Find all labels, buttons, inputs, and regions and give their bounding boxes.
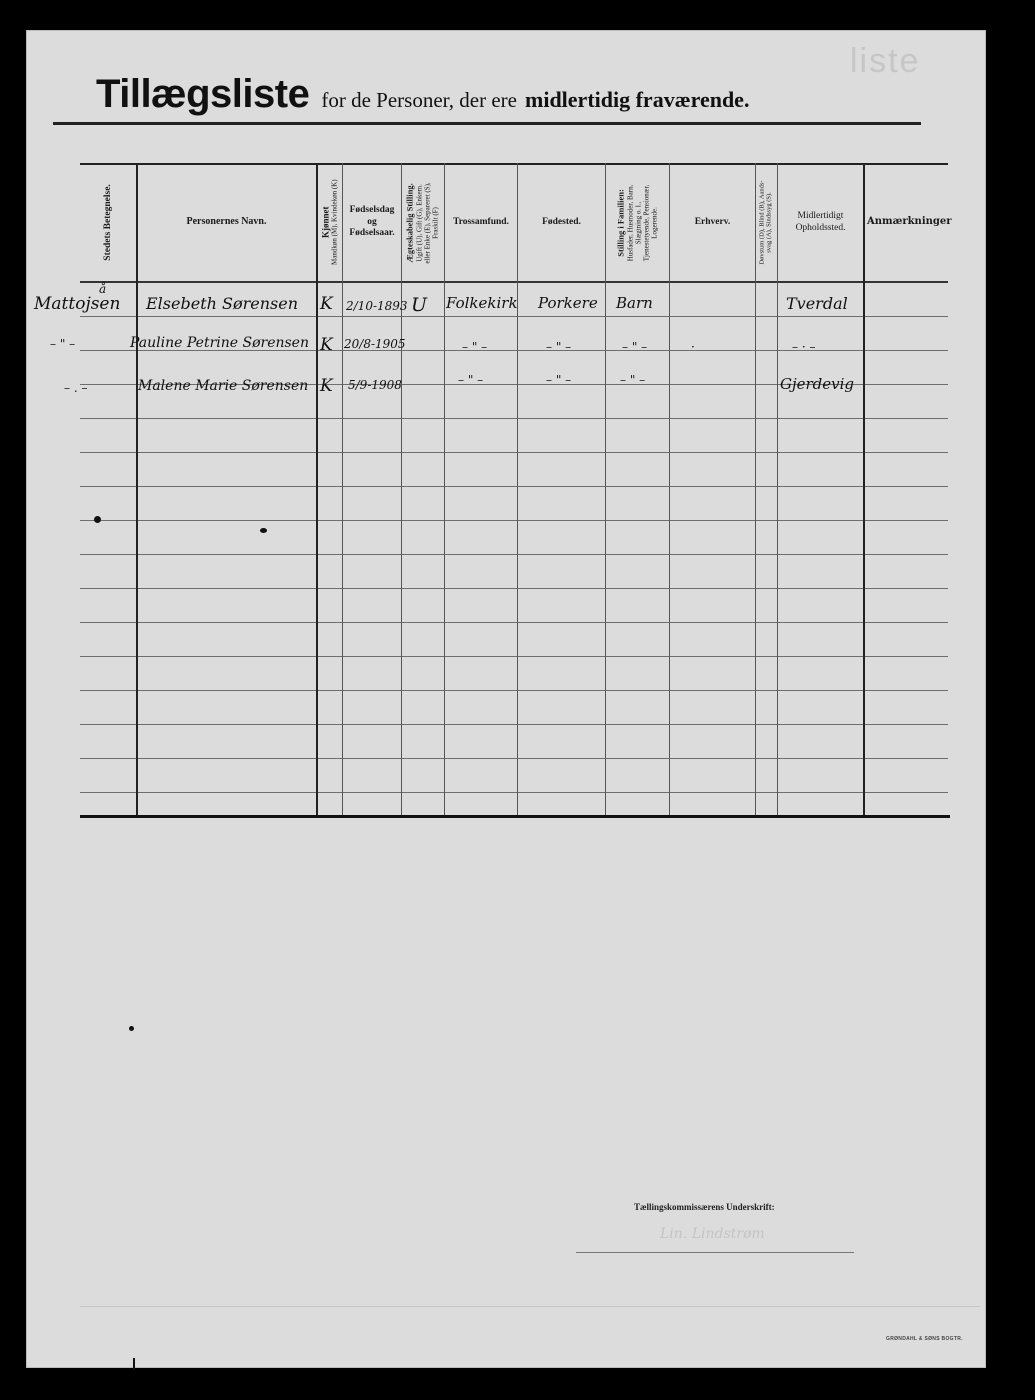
header-stilling-line1: Stilling i Familien: (617, 184, 627, 261)
row-line (80, 554, 948, 555)
census-table: Stedets Betegnelse. Personernes Navn. Kj… (54, 163, 924, 815)
header-fodsel-label: Fødselsdag og Fødselsaar. (349, 205, 394, 241)
row2-fodested: – " – (546, 340, 571, 354)
header-stilling: Stilling i Familien: Husfader, Husmoder,… (606, 163, 669, 282)
row1-ophold: Tverdal (786, 294, 848, 313)
signature-label: Tællingskommissærens Underskrift: (634, 1202, 775, 1212)
header-stilling-line5: Logerende. (650, 184, 658, 261)
header-anm-label: Anmærkninger (867, 216, 952, 229)
row-line (80, 316, 948, 317)
row2-tross: – " – (462, 340, 487, 354)
row2-kjonnet: K (320, 335, 333, 355)
header-kjonnet-line2: Mandkøn (M), Kvindekøn (K) (331, 180, 339, 266)
header-ophold-line2: Opholdssted. (796, 223, 846, 235)
header-stilling-line4: Tjenestetyende, Pensionær, (642, 184, 650, 261)
header-stedets: Stedets Betegnelse. (80, 163, 136, 282)
row-line (80, 418, 948, 419)
row-line (80, 622, 948, 623)
header-tross-label: Trossamfund. (453, 217, 509, 229)
row1-kjonnet: K (320, 294, 333, 314)
header-aegt-line4: Fraskilt (F) (432, 182, 440, 263)
title-sub: for de Personer, der ere (321, 88, 517, 113)
header-dov: Døvstum (D), Blind (B), Aands- svag (A),… (756, 163, 777, 282)
header-aegt-line2: Ugift (U), Gift (G), Enkem. (416, 182, 424, 263)
table-bottom-rule (80, 815, 950, 818)
header-stedets-label: Stedets Betegnelse. (103, 184, 114, 261)
header-navn: Personernes Navn. (137, 163, 316, 282)
row1-fodselsdag: 2/10-1893 (346, 299, 408, 313)
row2-fodselsdag: 20/8-1905 (344, 337, 406, 351)
row-line (80, 452, 948, 453)
header-stilling-line2: Husfader, Husmoder, Barn, (626, 184, 634, 261)
header-aegt-label: Ægteskabelig Stilling. Ugift (U), Gift (… (406, 182, 440, 263)
header-fodsel-line3: Fødselsaar. (349, 228, 394, 240)
row3-kjonnet: K (320, 376, 333, 396)
row1-navn: Elsebeth Sørensen (146, 294, 298, 313)
row3-fodselsdag: 5/9-1908 (348, 378, 402, 392)
printer-mark: GRØNDAHL & SØNS BOGTR. (886, 1336, 963, 1342)
row2-erhverv: · (691, 340, 695, 354)
signature-line (576, 1252, 854, 1253)
header-ophold-line1: Midlertidigt (796, 211, 846, 223)
row3-fodested: – " – (546, 373, 571, 387)
header-ophold: Midlertidigt Opholdssted. (778, 163, 863, 282)
row1-tross: Folkekirk (446, 294, 518, 312)
row-line (80, 656, 948, 657)
header-aegt: Ægteskabelig Stilling. Ugift (U), Gift (… (402, 163, 444, 282)
header-navn-label: Personernes Navn. (187, 216, 267, 229)
header-fodsel: Fødselsdag og Fødselsaar. (343, 163, 401, 282)
header-anm: Anmærkninger (865, 163, 952, 282)
row2-stilling: – " – (622, 340, 647, 354)
title-main: Tillægsliste (96, 72, 309, 117)
header-dov-line2: svag (A), Sindssyg (S). (767, 180, 774, 264)
row2-ophold: – · – (792, 340, 815, 354)
row2-navn: Pauline Petrine Sørensen (130, 335, 309, 351)
header-fodested-label: Fødested. (542, 217, 581, 229)
footer-rule (80, 1306, 980, 1307)
row3-ophold: Gjerdevig (780, 375, 854, 393)
header-aegt-line1: Ægteskabelig Stilling. (406, 182, 416, 263)
document-title: Tillægsliste for de Personer, der ere mi… (96, 72, 916, 122)
header-stilling-line3: Slægtning o. l., (634, 184, 642, 261)
header-fodsel-line1: Fødselsdag (349, 205, 394, 217)
row1-stilling: Barn (616, 294, 653, 312)
header-erhverv-label: Erhverv. (695, 217, 731, 229)
row1-aegt: U (411, 294, 427, 316)
row-line (80, 724, 948, 725)
row3-stilling: – " – (620, 373, 645, 387)
header-kjonnet: Kjønnet Mandkøn (M), Kvindekøn (K) (317, 163, 342, 282)
row2-stedets: – " – (50, 337, 75, 351)
ink-blot (260, 528, 267, 533)
title-rule (53, 122, 921, 125)
title-bold: midlertidig fraværende. (525, 87, 749, 113)
header-stilling-label: Stilling i Familien: Husfader, Husmoder,… (617, 184, 659, 261)
ink-blot (94, 516, 101, 523)
header-kjonnet-label: Kjønnet Mandkøn (M), Kvindekøn (K) (320, 180, 338, 266)
row1-fodested: Porkere (538, 294, 598, 312)
header-tross: Trossamfund. (445, 163, 517, 282)
row3-stedets: – . – (64, 381, 87, 395)
row-line (80, 792, 948, 793)
ink-dot (129, 1026, 134, 1031)
row1-stedets: Mattojsen (34, 294, 120, 314)
header-fodsel-line2: og (349, 217, 394, 229)
row3-navn: Malene Marie Sørensen (138, 378, 308, 394)
header-fodested: Fødested. (518, 163, 605, 282)
edge-tick-mark (133, 1358, 135, 1370)
row-line (80, 486, 948, 487)
row-line (80, 520, 948, 521)
header-erhverv: Erhverv. (670, 163, 755, 282)
row-line (80, 758, 948, 759)
header-ophold-label: Midlertidigt Opholdssted. (796, 211, 846, 235)
row-line (80, 588, 948, 589)
header-dov-label: Døvstum (D), Blind (B), Aands- svag (A),… (759, 180, 774, 264)
signature-faint: Lin. Lindstrøm (660, 1226, 765, 1242)
header-kjonnet-line1: Kjønnet (320, 180, 330, 266)
row-line (80, 690, 948, 691)
row3-tross: – " – (458, 373, 483, 387)
